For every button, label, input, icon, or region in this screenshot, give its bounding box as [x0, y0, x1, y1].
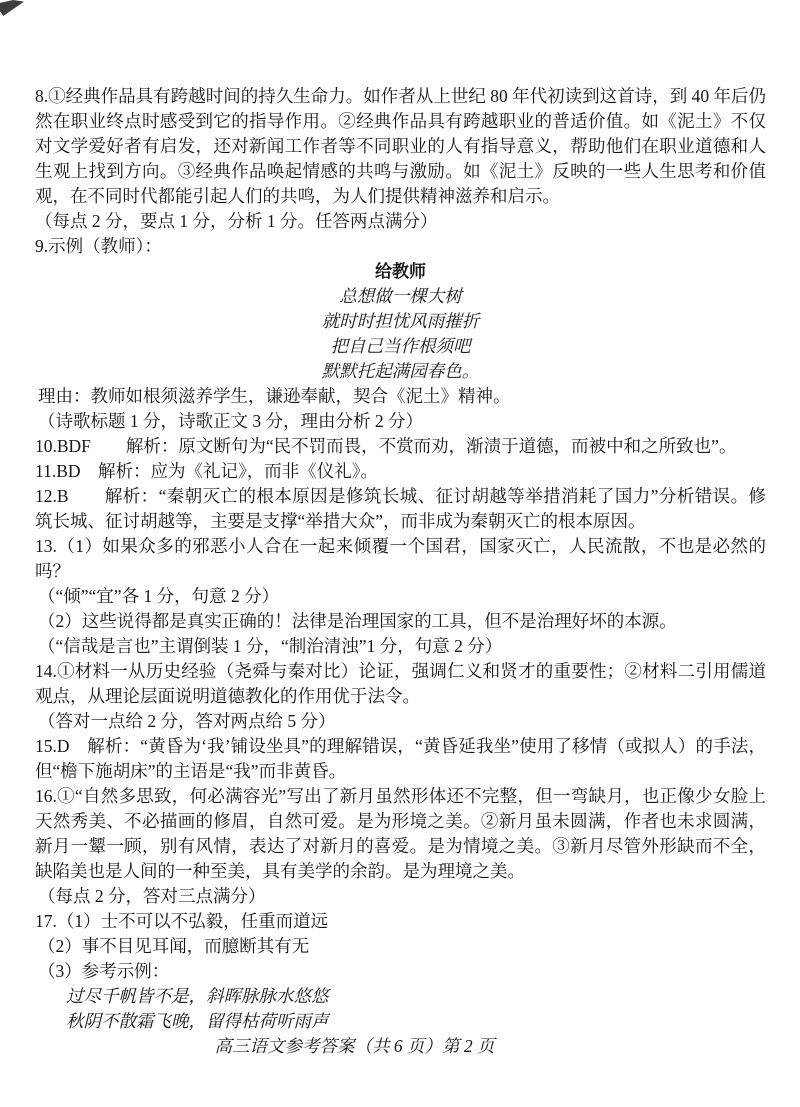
- poem-line: 总想做一棵大树: [35, 284, 766, 309]
- poem-line: 就时时担忧风雨摧折: [35, 309, 766, 334]
- score-note-q8: （每点 2 分，要点 1 分，分析 1 分。任答两点满分）: [35, 209, 766, 234]
- answer-q8: 8.①经典作品具有跨越时间的持久生命力。如作者从上世纪 80 年代初读到这首诗，…: [35, 84, 766, 209]
- page-footer: 高三语文参考答案（共 6 页）第 2 页: [0, 1034, 720, 1059]
- poem-line: 把自己当作根须吧: [35, 334, 766, 359]
- scan-corner-artifact: [0, 0, 24, 16]
- reference-verse-line: 秋阴不散霜飞晚，留得枯荷听雨声: [35, 1009, 766, 1034]
- score-note-q16: （每点 2 分，答对三点满分）: [35, 884, 766, 909]
- answer-q13-1: 13.（1）如果众多的邪恶小人合在一起来倾覆一个国君，国家灭亡，人民流散，不也是…: [35, 534, 766, 584]
- answer-q16: 16.①“自然多思致，何必满容光”写出了新月虽然形体还不完整，但一弯缺月，也正像…: [35, 784, 766, 884]
- reference-verse-line: 过尽千帆皆不是，斜晖脉脉水悠悠: [35, 984, 766, 1009]
- answer-q9-label: 9.示例（教师）：: [35, 234, 766, 259]
- score-note-q13-2: （“信哉是言也”主谓倒装 1 分，“制治清浊”1 分，句意 2 分）: [35, 634, 766, 659]
- answer-q17-1: 17.（1）士不可以不弘毅，任重而道远: [35, 909, 766, 934]
- answer-sheet-page: 8.①经典作品具有跨越时间的持久生命力。如作者从上世纪 80 年代初读到这首诗，…: [0, 0, 800, 1107]
- poem-title: 给教师: [35, 259, 766, 284]
- score-note-q9: （诗歌标题 1 分，诗歌正文 3 分，理由分析 2 分）: [35, 409, 766, 434]
- answer-q17-2: （2）事不目见耳闻，而臆断其有无: [35, 934, 766, 959]
- answer-text-column: 8.①经典作品具有跨越时间的持久生命力。如作者从上世纪 80 年代初读到这首诗，…: [35, 84, 766, 1059]
- score-note-q13-1: （“倾”“宜”各 1 分，句意 2 分）: [35, 584, 766, 609]
- answer-q15: 15.D 解析：“黄昏为‘我’铺设坐具”的理解错误，“黄昏延我坐”使用了移情（或…: [35, 734, 766, 784]
- answer-q10: 10.BDF 解析：原文断句为“民不罚而畏，不赏而劝，渐渍于道德，而被中和之所致…: [35, 434, 766, 459]
- answer-q13-2: （2）这些说得都是真实正确的！法律是治理国家的工具，但不是治理好坏的本源。: [35, 609, 766, 634]
- answer-q12: 12.B 解析：“秦朝灭亡的根本原因是修筑长城、征讨胡越等举措消耗了国力”分析错…: [35, 484, 766, 534]
- poem-line: 默默托起满园春色。: [35, 359, 766, 384]
- answer-q14: 14.①材料一从历史经验（尧舜与秦对比）论证，强调仁义和贤才的重要性；②材料二引…: [35, 659, 766, 709]
- score-note-q14: （答对一点给 2 分，答对两点给 5 分）: [35, 709, 766, 734]
- answer-q9-reason: 理由：教师如根须滋养学生，谦逊奉献，契合《泥土》精神。: [35, 384, 766, 409]
- answer-q17-3-label: （3）参考示例：: [35, 959, 766, 984]
- answer-q11: 11.BD 解析：应为《礼记》，而非《仪礼》。: [35, 459, 766, 484]
